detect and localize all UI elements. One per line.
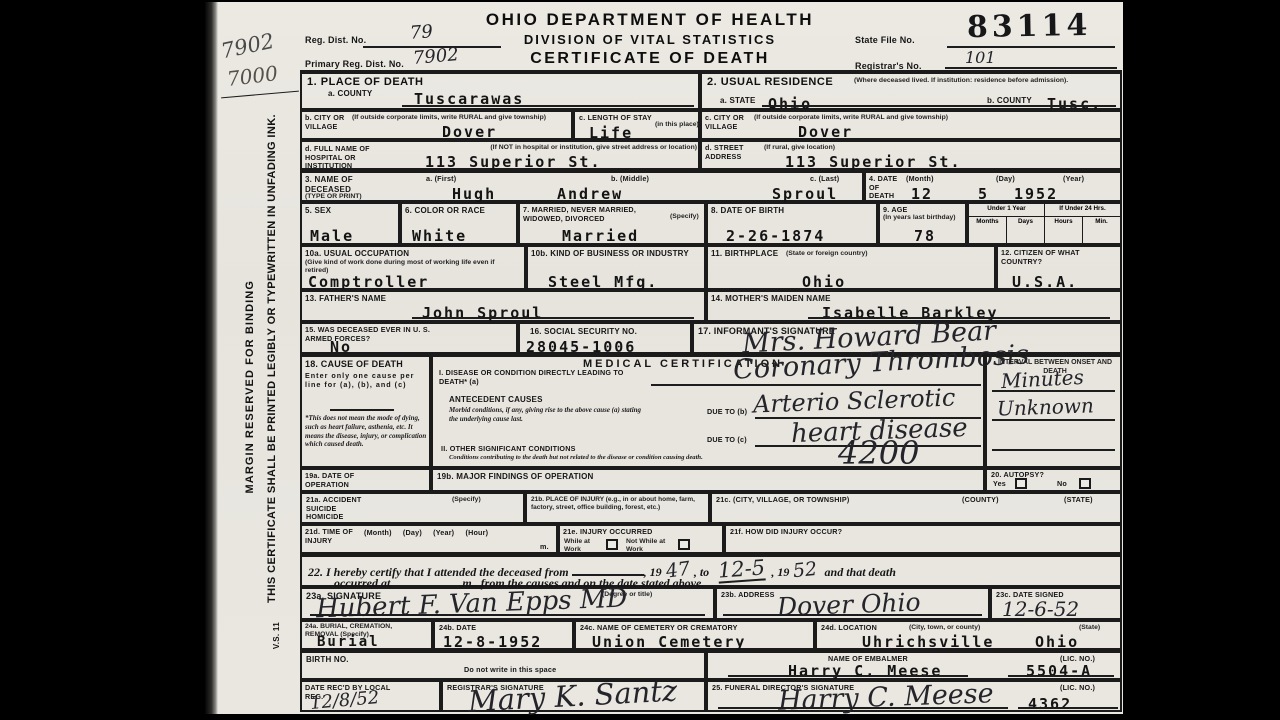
- kind-label: 21a. ACCIDENT SUICIDE HOMICIDE: [306, 496, 368, 522]
- findings-label: 19b. MAJOR FINDINGS OF OPERATION: [437, 472, 594, 482]
- field-registrar-signature: REGISTRAR'S SIGNATURE Mary K. Santz: [441, 680, 706, 712]
- min-label: Min.: [1082, 217, 1120, 243]
- antecedent-label: ANTECEDENT CAUSES: [449, 395, 543, 405]
- field-cause-of-death-notes: 18. CAUSE OF DEATH Enter only one cause …: [300, 354, 431, 468]
- field-name-of-deceased: 3. NAME OF DECEASED (TYPE OR PRINT) a. (…: [300, 170, 864, 202]
- field-interval-onset-death: INTERVAL BETWEEN ONSET AND DEATH Minutes…: [985, 354, 1122, 468]
- time-label: 21d. TIME OF INJURY: [305, 528, 355, 545]
- injury-city-label: 21c. (CITY, VILLAGE, OR TOWNSHIP): [716, 496, 849, 505]
- entry-line: [718, 707, 1008, 709]
- field-ssn: 16. SOCIAL SECURITY NO. 28045-1006: [518, 322, 692, 354]
- field-usual-residence: 2. USUAL RESIDENCE (Where deceased lived…: [700, 70, 1122, 110]
- certify-date-handwriting: 12-5: [717, 557, 766, 583]
- scanned-document-frame: 7902 7000 MARGIN RESERVED FOR BINDING TH…: [0, 0, 1280, 720]
- marital-label: 7. MARRIED, NEVER MARRIED, WIDOWED, DIVO…: [523, 206, 673, 223]
- autopsy-no-checkbox: [1079, 478, 1091, 489]
- field-date-signed: 23c. DATE SIGNED 12-6-52: [990, 587, 1122, 620]
- field-date-of-death: 4. DATE OF DEATH (Month) (Day) (Year) 12…: [864, 170, 1122, 202]
- field-res-city: c. CITY OR VILLAGE (If outside corporate…: [700, 110, 1122, 140]
- field-time-of-injury: 21d. TIME OF INJURY (Month) (Day) (Year)…: [300, 524, 558, 554]
- street-value: 113 Superior St.: [785, 155, 962, 170]
- disease-label: I. DISEASE OR CONDITION DIRECTLY LEADING…: [439, 369, 651, 386]
- certify-text-2: and that death: [825, 565, 896, 579]
- street-note: (If rural, give location): [764, 144, 884, 152]
- first-label: a. (First): [426, 175, 456, 184]
- hospital-value: 113 Superior St.: [425, 155, 602, 170]
- field-burial-type: 24a. BURIAL, CREMATION, REMOVAL (Specify…: [300, 620, 433, 650]
- days-label: Days: [1006, 217, 1044, 243]
- section-title: 1. PLACE OF DEATH: [307, 76, 423, 88]
- field-burial-date: 24b. DATE 12-8-1952: [433, 620, 574, 650]
- field-age: 9. AGE (In years last birthday) 78: [878, 202, 967, 245]
- marital-note: (Specify): [670, 213, 699, 221]
- entry-line: [728, 675, 968, 677]
- injury-state-label: (STATE): [1064, 496, 1093, 505]
- field-birth-date: 8. DATE OF BIRTH 2-26-1874: [706, 202, 878, 245]
- occurred-label: 21e. INJURY OCCURRED: [563, 528, 652, 537]
- field-armed-forces: 15. WAS DECEASED EVER IN U. S. ARMED FOR…: [300, 322, 518, 354]
- citizen-label: 12. CITIZEN OF WHAT COUNTRY?: [1001, 249, 1111, 266]
- field-physician-address: 23b. ADDRESS Dover Ohio: [715, 587, 990, 620]
- cause-note-1: Enter only one cause per line for (a), (…: [305, 372, 425, 389]
- field-hospital: d. FULL NAME OF HOSPITAL OR INSTITUTION …: [300, 140, 700, 170]
- field-birthplace: 11. BIRTHPLACE (State or foreign country…: [706, 245, 996, 290]
- field-place-of-death: 1. PLACE OF DEATH a. COUNTY Tuscarawas: [300, 70, 700, 110]
- certify-19-b: , 19: [771, 565, 789, 579]
- middle-value: Andrew: [557, 187, 623, 202]
- not-while-at-work-label: Not While at Work: [626, 538, 674, 555]
- interval-line-2: [992, 419, 1115, 421]
- birthplace-note: (State or foreign country): [786, 250, 868, 258]
- field-physician-signature: 23a. SIGNATURE (Degree or title) Hubert …: [300, 587, 715, 620]
- mother-label: 14. MOTHER'S MAIDEN NAME: [711, 294, 831, 304]
- field-injury-city: 21c. (CITY, VILLAGE, OR TOWNSHIP) (COUNT…: [710, 492, 1122, 524]
- first-value: Hugh: [452, 187, 496, 202]
- cause-note-2: *This does not mean the mode of dying, s…: [305, 414, 427, 449]
- month-value: 12: [911, 187, 933, 202]
- field-operation-findings: 19b. MAJOR FINDINGS OF OPERATION: [431, 468, 985, 492]
- death-certificate-page: 7902 7000 MARGIN RESERVED FOR BINDING TH…: [205, 2, 1123, 714]
- middle-label: b. (Middle): [611, 175, 649, 184]
- interval-a-handwriting: Minutes: [1001, 367, 1085, 391]
- last-value: Sproul: [772, 187, 838, 202]
- months-label: Months: [969, 217, 1006, 243]
- certify-number: 22.: [308, 565, 323, 579]
- other-conditions-handwriting: 4200: [838, 437, 919, 469]
- cemetery-label: 24c. NAME OF CEMETERY OR CREMATORY: [580, 624, 738, 633]
- certify-year2-handwriting: 52: [792, 560, 818, 581]
- form-code: V.S. 11: [273, 622, 281, 649]
- injury-county-label: (COUNTY): [962, 496, 999, 505]
- sex-label: 5. SEX: [305, 206, 331, 216]
- legibility-notice-text: THIS CERTIFICATE SHALL BE PRINTED LEGIBL…: [267, 114, 278, 603]
- county-label: a. COUNTY: [328, 89, 372, 99]
- reg-dist-value: 79: [409, 23, 433, 43]
- field-medical-certification: MEDICAL CERTIFICATION I. DISEASE OR COND…: [431, 354, 985, 468]
- birth-no-label: BIRTH NO.: [306, 655, 349, 665]
- other-conditions-note: Conditions contributing to the death but…: [449, 454, 717, 462]
- location-state-value: Ohio: [1035, 635, 1079, 650]
- interval-b-handwriting: Unknown: [997, 395, 1094, 418]
- while-at-work-label: While at Work: [564, 538, 604, 555]
- reg-dist-label: Reg. Dist. No.: [305, 35, 366, 46]
- res-city-value: Dover: [798, 125, 853, 140]
- field-res-street: d. STREET ADDRESS (If rural, give locati…: [700, 140, 1122, 170]
- cemetery-value: Union Cemetery: [592, 635, 746, 650]
- location-note: (City, town, or county): [909, 624, 980, 632]
- hospital-note: (If NOT in hospital or institution, give…: [452, 144, 697, 152]
- director-lic-label: (LIC. NO.): [1060, 684, 1095, 693]
- residence-note: (Where deceased lived. If institution: r…: [854, 77, 1116, 85]
- pencil-underline: [221, 91, 299, 99]
- blank-line: [393, 576, 459, 587]
- entry-line: [310, 614, 705, 616]
- primary-reg-label: Primary Reg. Dist. No.: [305, 59, 404, 70]
- death-date-label: 4. DATE OF DEATH: [869, 175, 905, 201]
- age-value: 78: [914, 229, 936, 244]
- autopsy-no-label: No: [1057, 480, 1067, 489]
- morbid-note: Morbid conditions, if any, giving rise t…: [449, 406, 649, 424]
- hospital-label: d. FULL NAME OF HOSPITAL OR INSTITUTION: [305, 145, 393, 171]
- field-city-of-death: b. CITY OR VILLAGE (If outside corporate…: [300, 110, 573, 140]
- field-sex: 5. SEX Male: [300, 202, 400, 245]
- rule: [330, 409, 394, 411]
- race-label: 6. COLOR OR RACE: [405, 206, 485, 216]
- primary-reg-value: 7902: [412, 46, 459, 68]
- field-burial-location: 24d. LOCATION (City, town, or county) (S…: [815, 620, 1122, 650]
- birthplace-value: Ohio: [802, 275, 846, 290]
- entry-line: [1008, 675, 1114, 677]
- birthplace-label: 11. BIRTHPLACE: [711, 249, 778, 259]
- field-funeral-director: 25. FUNERAL DIRECTOR'S SIGNATURE (LIC. N…: [706, 680, 1122, 712]
- field-how-injury-occurred: 21f. HOW DID INJURY OCCUR?: [724, 524, 1122, 554]
- industry-label: 10b. KIND OF BUSINESS OR INDUSTRY: [531, 249, 691, 259]
- year-value: 1952: [1014, 187, 1058, 202]
- stay-note: (in this place): [655, 121, 699, 129]
- kind-note: (Specify): [452, 496, 481, 504]
- city-label: b. CITY OR VILLAGE: [305, 114, 349, 131]
- entry-line: [1018, 707, 1118, 709]
- do-not-write-label: Do not write in this space: [464, 666, 556, 675]
- state-file-stamp: 83114: [967, 11, 1092, 43]
- day-value: 5: [978, 187, 989, 202]
- field-injury-occurred: 21e. INJURY OCCURRED While at Work Not W…: [558, 524, 724, 554]
- hours-label: Hours: [1044, 217, 1082, 243]
- burial-date-label: 24b. DATE: [439, 624, 476, 633]
- not-while-at-work-checkbox: [678, 539, 690, 550]
- registrar-signature-handwriting: Mary K. Santz: [467, 677, 678, 717]
- race-value: White: [412, 229, 467, 244]
- dob-label: 8. DATE OF BIRTH: [711, 206, 784, 216]
- due-c-label: DUE TO (c): [707, 436, 747, 445]
- ssn-value: 28045-1006: [526, 340, 636, 355]
- name-label: 3. NAME OF DECEASED: [305, 175, 375, 194]
- occupation-label: 10a. USUAL OCCUPATION: [305, 249, 409, 259]
- date-received-handwriting: 12/8/52: [309, 689, 380, 713]
- funeral-director-handwriting: Harry C. Meese: [778, 680, 994, 715]
- res-city-label: c. CITY OR VILLAGE: [705, 114, 749, 131]
- location-value: Uhrichsville: [862, 635, 994, 650]
- due-b-label: DUE TO (b): [707, 408, 747, 417]
- place-of-injury-label: 21b. PLACE OF INJURY (e.g., in or about …: [531, 496, 705, 512]
- due-b-handwriting: Arterio Sclerotic: [753, 385, 956, 416]
- armed-value: No: [330, 340, 352, 355]
- date-signed-handwriting: 12-6-52: [1002, 599, 1079, 619]
- interval-line-3: [992, 449, 1115, 451]
- under-24-hrs-label: If Under 24 Hrs.: [1044, 204, 1120, 217]
- field-industry: 10b. KIND OF BUSINESS OR INDUSTRY Steel …: [526, 245, 706, 290]
- section-title: 2. USUAL RESIDENCE: [707, 76, 833, 88]
- dob-value: 2-26-1874: [726, 229, 825, 244]
- sex-value: Male: [310, 229, 354, 244]
- state-label: a. STATE: [720, 96, 756, 106]
- street-label: d. STREET ADDRESS: [705, 144, 761, 161]
- field-citizen: 12. CITIZEN OF WHAT COUNTRY? U.S.A.: [996, 245, 1122, 290]
- location-state-note: (State): [1079, 624, 1100, 632]
- entry-line: [402, 105, 694, 107]
- binding-margin-text: MARGIN RESERVED FOR BINDING: [245, 280, 256, 493]
- registrar-no-value: 101: [965, 50, 996, 66]
- age-note: (In years last birthday): [883, 214, 963, 222]
- city-value: Dover: [442, 125, 497, 140]
- field-embalmer: NAME OF EMBALMER (LIC. NO.) Harry C. Mee…: [706, 650, 1122, 680]
- time-m: m.: [540, 543, 549, 552]
- autopsy-yes-label: Yes: [993, 480, 1006, 489]
- location-label: 24d. LOCATION: [821, 624, 877, 633]
- time-units: (Month) (Day) (Year) (Hour): [364, 529, 554, 538]
- name-note: (TYPE OR PRINT): [305, 193, 375, 201]
- department-title: OHIO DEPARTMENT OF HEALTH: [300, 11, 1000, 28]
- year-label: (Year): [1063, 175, 1084, 184]
- entry-line: [723, 614, 982, 616]
- burial-date-value: 12-8-1952: [443, 635, 542, 650]
- binding-spine-shadow: [205, 2, 218, 714]
- how-label: 21f. HOW DID INJURY OCCUR?: [730, 528, 842, 537]
- field-accident-suicide-homicide: 21a. ACCIDENT SUICIDE HOMICIDE (Specify): [300, 492, 525, 524]
- field-age-under-one: Under 1 Year If Under 24 Hrs. Months Day…: [967, 202, 1122, 245]
- director-lic-value: 4362: [1028, 697, 1072, 712]
- industry-value: Steel Mfg.: [548, 275, 658, 290]
- day-label: (Day): [996, 175, 1015, 184]
- burial-type-value: Burial: [317, 635, 380, 649]
- entry-line: [762, 105, 1116, 107]
- last-label: c. (Last): [810, 175, 839, 184]
- pencil-number-2: 7000: [226, 63, 279, 89]
- occupation-value: Comptroller: [308, 275, 429, 290]
- entry-line: [412, 317, 694, 319]
- field-father-name: 13. FATHER'S NAME John Sproul: [300, 290, 706, 322]
- armed-label: 15. WAS DECEASED EVER IN U. S. ARMED FOR…: [305, 326, 445, 343]
- autopsy-yes-checkbox: [1015, 478, 1027, 489]
- ssn-label: 16. SOCIAL SECURITY NO.: [530, 327, 637, 337]
- field-race: 6. COLOR OR RACE White: [400, 202, 518, 245]
- field-mother-name: 14. MOTHER'S MAIDEN NAME Isabelle Barkle…: [706, 290, 1122, 322]
- field-cemetery: 24c. NAME OF CEMETERY OR CREMATORY Union…: [574, 620, 815, 650]
- interval-line-1: [992, 390, 1115, 392]
- field-certification-statement: 22. I hereby certify that I attended the…: [300, 554, 1122, 587]
- while-at-work-checkbox: [606, 539, 618, 550]
- pencil-number-1: 7902: [219, 31, 276, 63]
- field-length-of-stay: c. LENGTH OF STAY (in this place) Life: [573, 110, 700, 140]
- field-occupation: 10a. USUAL OCCUPATION (Give kind of work…: [300, 245, 526, 290]
- field-date-received: DATE REC'D BY LOCAL REG. 12/8/52: [300, 680, 441, 712]
- marital-value: Married: [562, 229, 639, 244]
- other-conditions-label: II. OTHER SIGNIFICANT CONDITIONS: [441, 445, 576, 454]
- state-file-label: State File No.: [855, 35, 915, 46]
- age-subgrid: Under 1 Year If Under 24 Hrs. Months Day…: [969, 204, 1120, 243]
- field-operation-date: 19a. DATE OF OPERATION: [300, 468, 431, 492]
- citizen-value: U.S.A.: [1012, 275, 1078, 290]
- address-label: 23b. ADDRESS: [721, 591, 775, 600]
- field-autopsy: 20. AUTOPSY? Yes No: [985, 468, 1122, 492]
- cause-label: 18. CAUSE OF DEATH: [305, 359, 403, 370]
- operation-date-label: 19a. DATE OF OPERATION: [305, 472, 395, 489]
- stay-value: Life: [589, 126, 633, 141]
- res-city-note: (If outside corporate limits, write RURA…: [754, 114, 1084, 122]
- field-marital: 7. MARRIED, NEVER MARRIED, WIDOWED, DIVO…: [518, 202, 706, 245]
- field-place-of-injury: 21b. PLACE OF INJURY (e.g., in or about …: [525, 492, 710, 524]
- city-note: (If outside corporate limits, write RURA…: [352, 114, 557, 122]
- father-label: 13. FATHER'S NAME: [305, 294, 386, 304]
- registrar-no-line: [945, 67, 1117, 69]
- month-label: (Month): [906, 175, 934, 184]
- under-1-year-label: Under 1 Year: [969, 204, 1044, 217]
- stay-label: c. LENGTH OF STAY: [579, 114, 659, 123]
